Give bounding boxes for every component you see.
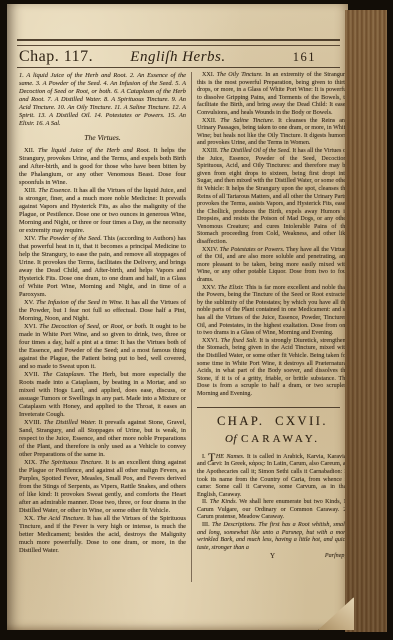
paragraph-title: The Kinds. bbox=[210, 499, 237, 505]
header-rule-bottom bbox=[17, 67, 340, 68]
signature-mark: Y bbox=[270, 553, 275, 561]
paragraph-number: XIX. bbox=[24, 459, 37, 466]
column-divider bbox=[191, 72, 192, 582]
virtue-paragraph-20: XX. The Acid Tincture. It has all the Vi… bbox=[19, 515, 186, 555]
paragraph-number: XIII. bbox=[24, 187, 37, 194]
virtue-paragraph-25: XXV. The Elixir. This is far more excell… bbox=[197, 285, 348, 338]
paragraph-title: The Spirituous Tincture. bbox=[39, 459, 102, 466]
paragraph-title: The Elixir. bbox=[218, 285, 244, 291]
virtue-paragraph-22: XXII. The Saline Tincture. It cleanses t… bbox=[197, 118, 348, 148]
right-column: XXI. The Oily Tincture. In an extremity … bbox=[197, 72, 348, 562]
paragraph-number: XXIV. bbox=[202, 247, 218, 253]
paragraph-text: It is strongly Diuretick, strengthens th… bbox=[197, 338, 348, 397]
virtue-paragraph-26: XXVI. The fixed Salt. It is strongly Diu… bbox=[197, 338, 348, 399]
paragraph-number: XVIII. bbox=[24, 419, 41, 426]
paragraph-number: II. bbox=[202, 499, 208, 505]
paragraph-title: The Decoction of Seed, or Root, or both. bbox=[39, 323, 147, 330]
paragraph-text: In an extremity of the Strangury this is… bbox=[197, 72, 348, 116]
header-rule-top bbox=[17, 39, 340, 46]
paragraph-text: It is called in Arabick, Karvia, Karavia… bbox=[197, 454, 348, 498]
running-header: Chap. 117. Engliſh Herbs. 161 bbox=[17, 39, 340, 68]
paragraph-number: I. bbox=[202, 454, 206, 460]
paragraph-number: III. bbox=[202, 522, 210, 528]
virtue-paragraph-14: XIV. The Powder of the Seed. This (accor… bbox=[19, 235, 186, 299]
paragraph-title: The Distilled Water. bbox=[44, 419, 96, 426]
paragraph-number: XIV. bbox=[24, 235, 36, 242]
left-column: 1. A liquid Juice of the Herb and Root. … bbox=[19, 72, 186, 555]
chapter-heading: CHAP. CXVII. bbox=[197, 418, 348, 426]
book-fore-edge bbox=[345, 10, 387, 632]
catchword: Parſnep, bbox=[325, 553, 346, 561]
paragraph-title: The Descriptions. bbox=[212, 522, 256, 528]
paragraph-title: The fixed Salt. bbox=[221, 338, 257, 344]
virtue-paragraph-16: XVI. The Decoction of Seed, or Root, or … bbox=[19, 323, 186, 371]
paragraph-number: XXVI. bbox=[202, 338, 219, 344]
virtue-paragraph-13: XIII. The Essence. It has all the Virtue… bbox=[19, 187, 186, 235]
running-title: Engliſh Herbs. bbox=[130, 49, 225, 66]
paragraph-title: The Infusion of the Seed in Wine. bbox=[36, 299, 123, 306]
paragraph-title: The Saline Tincture. bbox=[220, 118, 274, 124]
paragraph-title: The Oily Tincture. bbox=[217, 72, 263, 78]
paragraph-number: XX. bbox=[24, 515, 35, 522]
virtue-paragraph-12: XII. The liquid Juice of the Herb and Ro… bbox=[19, 147, 186, 187]
virtues-heading: The Virtues. bbox=[19, 134, 186, 142]
text-columns: 1. A liquid Juice of the Herb and Root. … bbox=[19, 72, 348, 582]
column-footer: Y Parſnep, bbox=[197, 553, 348, 562]
caraway-paragraph-1: I. THE Names. It is called in Arabick, K… bbox=[197, 454, 348, 500]
paragraph-text: This is far more excellent and noble tha… bbox=[197, 285, 348, 337]
paragraph-number: XVI. bbox=[24, 323, 37, 330]
paragraph-title: HE Names. bbox=[216, 454, 245, 460]
paragraph-number: XXII. bbox=[202, 118, 216, 124]
paragraph-title: The Potestates or Powers. bbox=[220, 247, 285, 253]
paragraph-text: This (according to Authors) has that pow… bbox=[19, 235, 186, 298]
caraway-paragraph-3: III. The Descriptions. The first has a R… bbox=[197, 522, 348, 552]
page-number: 161 bbox=[293, 50, 338, 65]
paragraph-text: It has all the Virtues of the Juice, Ess… bbox=[197, 148, 348, 245]
paragraph-text: The Herb, but more especially the Roots … bbox=[19, 371, 186, 418]
book-photo: Chap. 117. Engliſh Herbs. 161 1. A liqui… bbox=[0, 0, 393, 640]
paragraph-number: XII. bbox=[24, 147, 34, 154]
preparations-list: 1. A liquid Juice of the Herb and Root. … bbox=[19, 72, 186, 128]
paragraph-number: XXV. bbox=[202, 285, 216, 291]
virtue-paragraph-19: XIX. The Spirituous Tincture. It is an e… bbox=[19, 459, 186, 515]
of-label: Of bbox=[225, 433, 237, 445]
chapter-label: Chap. 117. bbox=[19, 48, 93, 66]
caraway-paragraph-2: II. The Kinds. We shall here enumerate b… bbox=[197, 499, 348, 522]
chapter-divider-rule bbox=[197, 407, 340, 408]
virtue-paragraph-15: XV. The Infusion of the Seed in Wine. It… bbox=[19, 299, 186, 323]
paragraph-title: The liquid Juice of the Herb and Root. bbox=[38, 147, 150, 154]
paragraph-title: The Cataplasm. bbox=[43, 371, 86, 378]
book-page: Chap. 117. Engliſh Herbs. 161 1. A liqui… bbox=[7, 4, 348, 630]
virtue-paragraph-24: XXIV. The Potestates or Powers. They hav… bbox=[197, 247, 348, 285]
paragraph-text: It has all the Virtues of the liquid Jui… bbox=[19, 187, 186, 234]
paragraph-title: The Distilled Oil of the Seed. bbox=[220, 148, 291, 154]
paragraph-title: The Essence. bbox=[38, 187, 72, 194]
chapter-subject: CARAWAY. bbox=[241, 433, 320, 445]
virtue-paragraph-18: XVIII. The Distilled Water. It prevails … bbox=[19, 419, 186, 459]
chapter-subheading: OfCARAWAY. bbox=[197, 436, 348, 444]
paragraph-number: XXI. bbox=[202, 72, 214, 78]
paragraph-text: It ought to be made in White Port Wine, … bbox=[19, 323, 186, 370]
virtue-paragraph-17: XVII. The Cataplasm. The Herb, but more … bbox=[19, 371, 186, 419]
virtue-paragraph-23: XXIII. The Distilled Oil of the Seed. It… bbox=[197, 148, 348, 247]
paragraph-number: XXIII. bbox=[202, 148, 218, 154]
paragraph-title: The Powder of the Seed. bbox=[38, 235, 102, 242]
virtue-paragraph-21: XXI. The Oily Tincture. In an extremity … bbox=[197, 72, 348, 118]
paragraph-number: XV. bbox=[24, 299, 34, 306]
paragraph-text: It is an excellent thing against the Pla… bbox=[19, 459, 186, 514]
paragraph-number: XVII. bbox=[24, 371, 39, 378]
paragraph-title: The Acid Tincture. bbox=[37, 515, 85, 522]
